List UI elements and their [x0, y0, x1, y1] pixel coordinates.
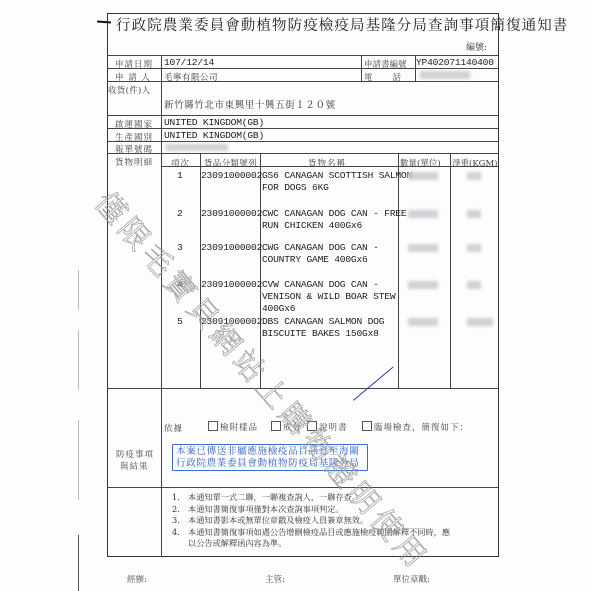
- supervisor-signature-label: 主管:: [265, 573, 285, 585]
- item-name-line: COUNTRY GAME 400Gx6: [262, 254, 368, 265]
- checkbox-box[interactable]: [208, 421, 218, 431]
- item-name-line: CWC CANAGAN DOG CAN - FREE: [262, 208, 407, 219]
- item-net-weight-redacted: [467, 210, 481, 218]
- apply-date-label: 申請日期: [115, 58, 153, 70]
- col-header-tariff-code: 貨品分類號列: [204, 157, 257, 169]
- row-divider: [107, 115, 499, 116]
- item-name-line: 400Gx6: [262, 303, 295, 314]
- item-net-weight-redacted: [467, 244, 481, 252]
- row-divider: [107, 128, 499, 129]
- col-divider: [161, 55, 162, 557]
- col-header-quantity: 數量(單位): [400, 157, 441, 169]
- row-divider: [107, 487, 499, 488]
- origin-country-value: UNITED KINGDOM(GB): [164, 117, 264, 128]
- item-name-line: GS6 CANAGAN SCOTTISH SALMON: [262, 170, 412, 181]
- scan-artifact: [78, 420, 79, 500]
- consignee-label: 收貨(件)人: [108, 84, 150, 96]
- col-header-goods-name: 貨物名稱: [308, 157, 346, 169]
- item-quantity-redacted: [408, 281, 438, 289]
- handler-signature-label: 經辦:: [127, 573, 147, 585]
- col-divider: [450, 153, 451, 388]
- item-name-line: FOR DOGS 6KG: [262, 182, 329, 193]
- checkbox-box[interactable]: [362, 421, 372, 431]
- item-net-weight-redacted: [467, 281, 481, 289]
- item-quantity-redacted: [408, 172, 438, 180]
- col-divider: [200, 153, 201, 388]
- checkbox-label: 臨場檢查，簡復如下：: [374, 423, 469, 433]
- item-tariff-code: 23091000002: [201, 242, 262, 253]
- apply-number-value: YP402071140400: [416, 57, 494, 68]
- row-divider: [107, 388, 499, 389]
- apply-date-value: 107/12/14: [164, 57, 214, 68]
- row-divider: [107, 55, 499, 56]
- item-number: 1: [177, 170, 183, 181]
- phone-value-redacted: [420, 71, 470, 79]
- scan-artifact: [78, 330, 79, 390]
- note-1: 1.本通知單一式二聯，一聯複查詢人，一聯存查。: [172, 492, 450, 504]
- item-quantity-redacted: [408, 244, 438, 252]
- declaration-number-label: 報單號碼: [115, 143, 153, 155]
- checkbox-sample[interactable]: 檢附樣品: [208, 421, 258, 433]
- apply-number-label: 申請書編號: [364, 58, 407, 70]
- goods-section-label: 貨物明細: [115, 156, 153, 168]
- production-country-value: UNITED KINGDOM(GB): [164, 130, 264, 141]
- col-header-item-no: 項次: [171, 157, 190, 169]
- item-tariff-code: 23091000002: [201, 170, 262, 181]
- item-name-line: DBS CANAGAN SALMON DOG: [262, 316, 384, 327]
- item-name-line: BISCUITE BAKES 150Gx8: [262, 328, 379, 339]
- item-tariff-code: 23091000002: [201, 208, 262, 219]
- item-net-weight-redacted: [467, 172, 481, 180]
- declaration-number-redacted: [166, 144, 228, 151]
- applicant-label: 申 請 人: [115, 71, 151, 83]
- checkbox-label: 檢附樣品: [220, 423, 258, 433]
- item-quantity-redacted: [408, 318, 438, 326]
- production-country-label: 生產國別: [115, 131, 153, 143]
- item-name-line: CWG CANAGAN DOG CAN -: [262, 242, 379, 253]
- checkbox-onsite-inspection[interactable]: 臨場檢查，簡復如下：: [362, 421, 469, 433]
- document-page: 行政院農業委員會動植物防疫檢疫局基隆分局查詢事項簡復通知書 編號: 申請日期 1…: [0, 0, 591, 591]
- col-header-net-weight: 淨重(KGM): [452, 157, 497, 169]
- col-divider: [361, 55, 362, 81]
- scan-artifact: [78, 535, 79, 591]
- applicant-value: 毛寧有限公司: [164, 71, 218, 83]
- origin-country-label: 啟運國家: [115, 118, 153, 130]
- item-name-line: RUN CHICKEN 400Gx6: [262, 220, 362, 231]
- row-divider: [107, 153, 499, 154]
- result-section-label-2: 與結果: [120, 460, 149, 472]
- item-net-weight-redacted: [467, 318, 493, 326]
- basis-label: 依據: [164, 422, 183, 434]
- result-section-label-1: 防疫事項: [116, 448, 154, 460]
- row-divider: [107, 141, 499, 142]
- item-quantity-redacted: [408, 210, 438, 218]
- consignee-address: 新竹縣竹北市東興里十興五街１２０號: [164, 97, 336, 111]
- item-number: 2: [177, 208, 183, 219]
- col-divider: [398, 153, 399, 388]
- item-name-line: CVW CANAGAN DOG CAN -: [262, 279, 379, 290]
- phone-label: 電 話: [364, 71, 402, 83]
- item-name-line: VENISON & WILD BOAR STEW: [262, 291, 395, 302]
- scan-artifact: [78, 270, 79, 310]
- row-divider: [107, 68, 499, 69]
